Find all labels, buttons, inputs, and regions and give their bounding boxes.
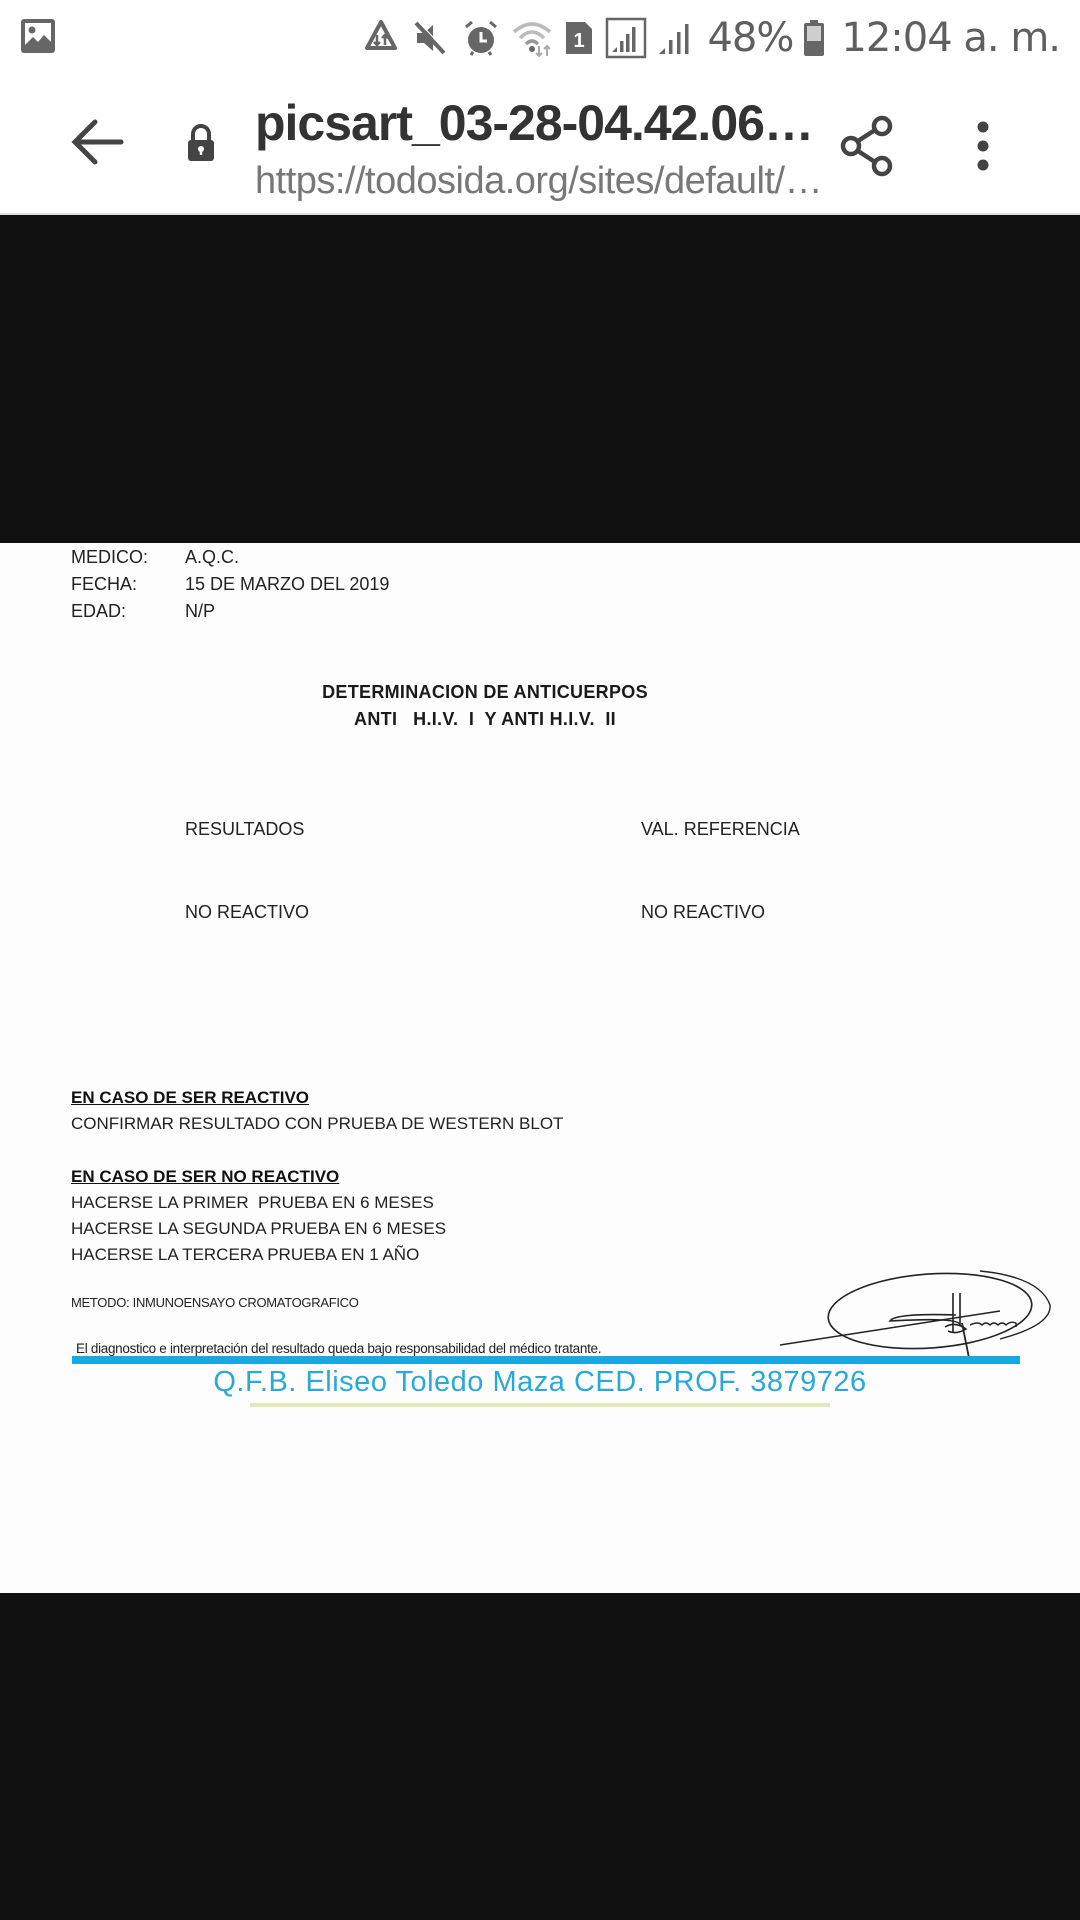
meta-label: MEDICO: (71, 547, 148, 568)
truncated-footer-text (250, 1403, 830, 1407)
document-page: MEDICO: A.Q.C. FECHA: 15 DE MARZO DEL 20… (0, 543, 1080, 1593)
signal-sim2-icon (657, 18, 693, 58)
alarm-icon (461, 18, 501, 58)
signal-sim1-icon (605, 17, 647, 59)
share-button[interactable] (830, 110, 906, 186)
more-options-button[interactable] (950, 110, 1016, 186)
share-icon (838, 114, 898, 183)
non-reactive-instruction: HACERSE LA TERCERA PRUEBA EN 1 AÑO (71, 1245, 419, 1265)
meta-value: 15 DE MARZO DEL 2019 (185, 574, 389, 595)
svg-text:1: 1 (574, 30, 585, 52)
reactive-instruction: CONFIRMAR RESULTADO CON PRUEBA DE WESTER… (71, 1114, 563, 1134)
signer-credentials: Q.F.B. Eliseo Toledo Maza CED. PROF. 387… (0, 1366, 1080, 1399)
method-note: METODO: INMUNOENSAYO CROMATOGRAFICO (71, 1295, 359, 1310)
result-value: NO REACTIVO (185, 902, 309, 923)
mute-icon (411, 18, 451, 58)
pdf-viewer[interactable]: MEDICO: A.Q.C. FECHA: 15 DE MARZO DEL 20… (0, 216, 1080, 1920)
app-bar: picsart_03-28-04.42.06.pdf https://todos… (0, 72, 1080, 215)
non-reactive-heading: EN CASO DE SER NO REACTIVO (71, 1167, 339, 1187)
battery-percent: 48% (707, 15, 793, 61)
test-title-line-1: DETERMINACION DE ANTICUERPOS (0, 682, 970, 703)
meta-value: A.Q.C. (185, 547, 239, 568)
non-reactive-instruction: HACERSE LA PRIMER PRUEBA EN 6 MESES (71, 1193, 434, 1213)
document-title: picsart_03-28-04.42.06.pdf (255, 94, 825, 152)
test-title-line-2: ANTI H.I.V. I Y ANTI H.I.V. II (0, 709, 970, 730)
data-saver-icon (361, 18, 401, 58)
reference-header: VAL. REFERENCIA (641, 819, 801, 840)
arrow-back-icon (69, 114, 125, 175)
clock: 12:04 a. m. (841, 15, 1060, 61)
more-vert-icon (975, 120, 991, 177)
sim1-icon: 1 (563, 18, 595, 58)
footer-divider (72, 1356, 1020, 1364)
meta-value: N/P (185, 601, 215, 622)
image-icon (20, 18, 56, 54)
results-header: RESULTADOS (185, 819, 304, 840)
battery-icon (803, 18, 825, 58)
meta-label: FECHA: (71, 574, 137, 595)
status-bar: 1 48% 12:04 a. m. (0, 0, 1080, 72)
reactive-heading: EN CASO DE SER REACTIVO (71, 1088, 309, 1108)
non-reactive-instruction: HACERSE LA SEGUNDA PRUEBA EN 6 MESES (71, 1219, 446, 1239)
back-button[interactable] (62, 112, 132, 176)
meta-label: EDAD: (71, 601, 126, 622)
document-url: https://todosida.org/sites/default/files… (255, 160, 825, 203)
lock-icon (186, 124, 216, 167)
wifi-icon (511, 18, 553, 58)
reference-value: NO REACTIVO (641, 902, 765, 923)
disclaimer: El diagnostico e interpretación del resu… (76, 1341, 601, 1356)
